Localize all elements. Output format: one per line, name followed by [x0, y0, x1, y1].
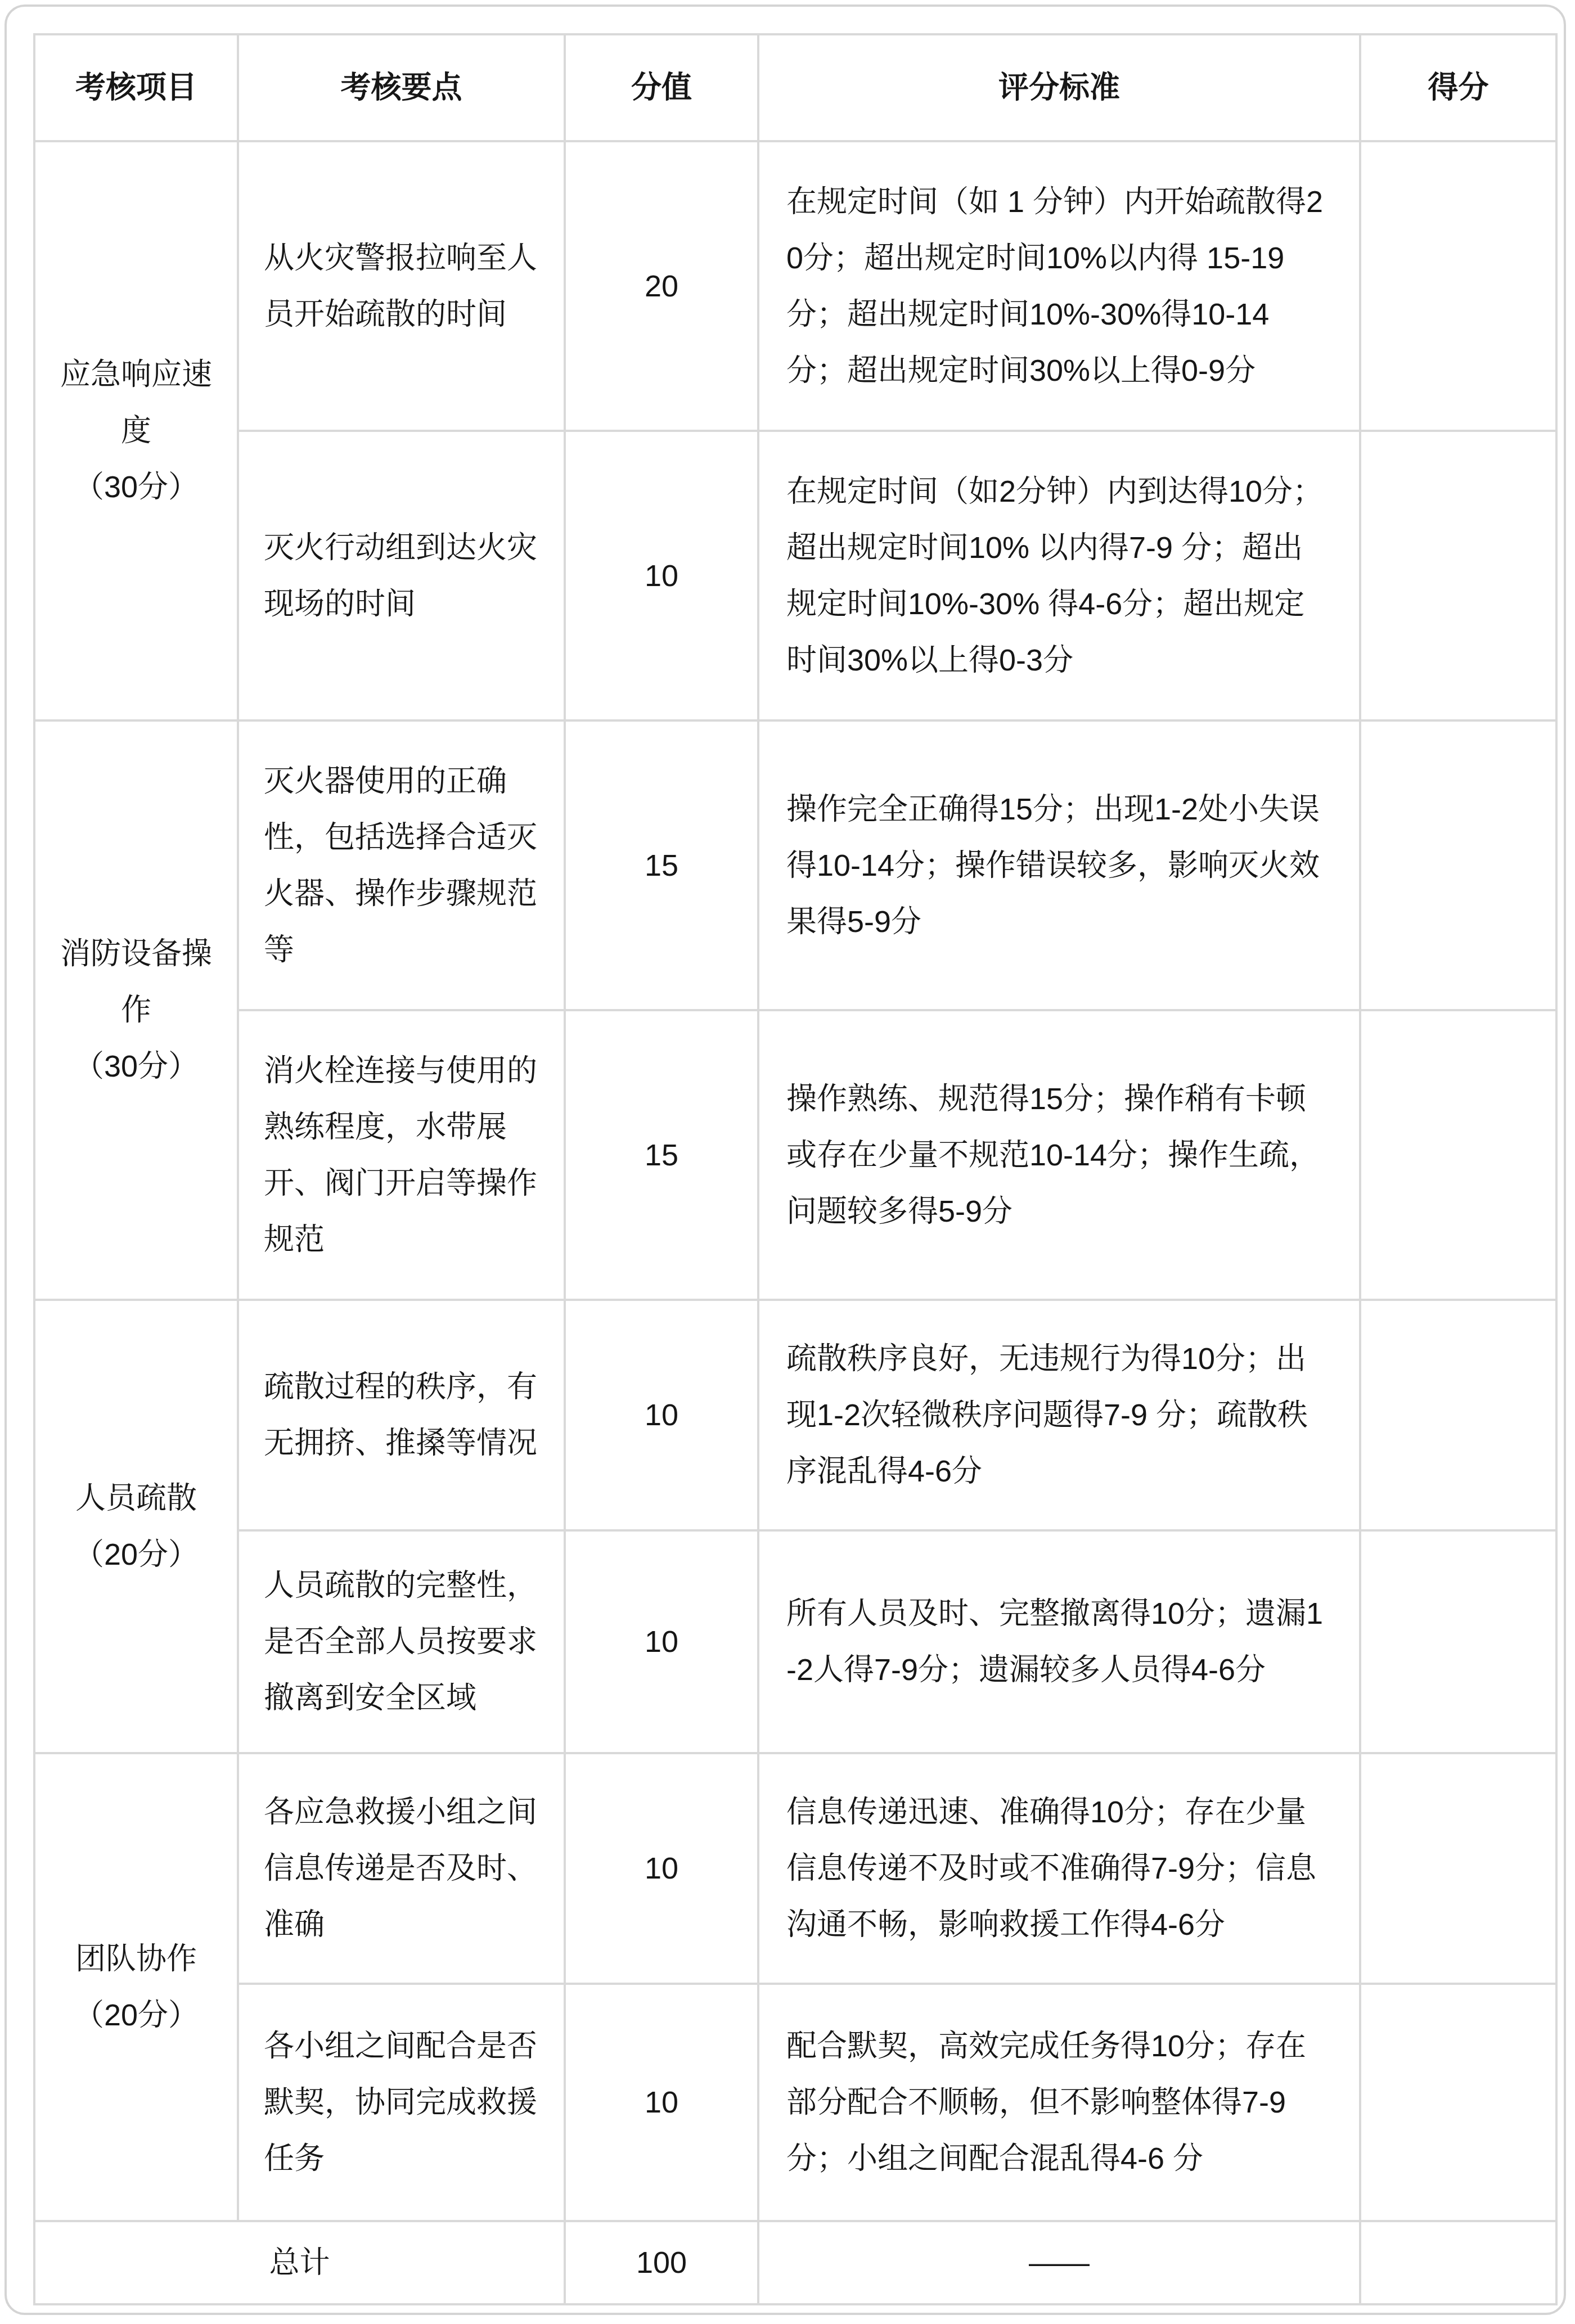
- point-cell: 各小组之间配合是否默契，协同完成救援任务: [238, 1984, 565, 2221]
- score-cell: [1360, 1530, 1556, 1753]
- value-cell: 10: [565, 1753, 758, 1984]
- criteria-cell: 疏散秩序良好，无违规行为得10分；出现1-2次轻微秩序问题得7-9 分；疏散秩序…: [758, 1300, 1360, 1530]
- group-weight: （30分）: [58, 459, 214, 515]
- criteria-cell: 操作熟练、规范得15分；操作稍有卡顿或存在少量不规范10-14分；操作生疏，问题…: [758, 1010, 1360, 1300]
- score-cell: [1360, 141, 1556, 431]
- value-cell: 15: [565, 1010, 758, 1300]
- value-cell: 15: [565, 720, 758, 1010]
- col-header-assessment-item: 考核项目: [34, 34, 238, 141]
- group-name: 消防设备操作: [58, 926, 214, 1038]
- value-cell: 10: [565, 1300, 758, 1530]
- group-weight: （20分）: [58, 1987, 214, 2043]
- value-cell: 10: [565, 431, 758, 720]
- value-cell: 10: [565, 1984, 758, 2221]
- group-weight: （20分）: [58, 1526, 214, 1583]
- table-row: 消防设备操作 （30分） 灭火器使用的正确性，包括选择合适灭火器、操作步骤规范等…: [34, 720, 1556, 1010]
- criteria-cell: 配合默契，高效完成任务得10分；存在部分配合不顺畅，但不影响整体得7-9分；小组…: [758, 1984, 1360, 2221]
- table-row: 消火栓连接与使用的熟练程度，水带展开、阀门开启等操作规范 15 操作熟练、规范得…: [34, 1010, 1556, 1300]
- group-name: 人员疏散: [58, 1470, 214, 1526]
- col-header-scoring-criteria: 评分标准: [758, 34, 1360, 141]
- col-header-score-value: 分值: [565, 34, 758, 141]
- point-cell: 疏散过程的秩序，有无拥挤、推搡等情况: [238, 1300, 565, 1530]
- point-cell: 消火栓连接与使用的熟练程度，水带展开、阀门开启等操作规范: [238, 1010, 565, 1300]
- point-cell: 灭火器使用的正确性，包括选择合适灭火器、操作步骤规范等: [238, 720, 565, 1010]
- table-row: 灭火行动组到达火灾现场的时间 10 在规定时间（如2分钟）内到达得10分；超出规…: [34, 431, 1556, 720]
- point-cell: 各应急救援小组之间信息传递是否及时、准确: [238, 1753, 565, 1984]
- criteria-cell: 在规定时间（如 1 分钟）内开始疏散得20分；超出规定时间10%以内得 15-1…: [758, 141, 1360, 431]
- document-card: 考核项目 考核要点 分值 评分标准 得分 应急响应速度 （30分） 从火灾警报拉…: [4, 4, 1566, 2315]
- group-name: 团队协作: [58, 1931, 214, 1987]
- fire-drill-assessment-table: 考核项目 考核要点 分值 评分标准 得分 应急响应速度 （30分） 从火灾警报拉…: [33, 33, 1558, 2305]
- header-row: 考核项目 考核要点 分值 评分标准 得分: [34, 34, 1556, 141]
- score-cell: [1360, 1984, 1556, 2221]
- score-cell: [1360, 1753, 1556, 1984]
- score-cell: [1360, 431, 1556, 720]
- score-cell: [1360, 1300, 1556, 1530]
- criteria-cell: 在规定时间（如2分钟）内到达得10分；超出规定时间10% 以内得7-9 分；超出…: [758, 431, 1360, 720]
- total-label-cell: 总计: [34, 2221, 565, 2304]
- group-cell-personnel-evacuation: 人员疏散 （20分）: [34, 1300, 238, 1753]
- value-cell: 20: [565, 141, 758, 431]
- group-cell-fire-equipment-operation: 消防设备操作 （30分）: [34, 720, 238, 1300]
- group-cell-emergency-response: 应急响应速度 （30分）: [34, 141, 238, 720]
- table-row: 团队协作 （20分） 各应急救援小组之间信息传递是否及时、准确 10 信息传递迅…: [34, 1753, 1556, 1984]
- col-header-assessment-points: 考核要点: [238, 34, 565, 141]
- score-cell: [1360, 1010, 1556, 1300]
- score-cell: [1360, 720, 1556, 1010]
- criteria-cell: 所有人员及时、完整撤离得10分；遗漏1-2人得7-9分；遗漏较多人员得4-6分: [758, 1530, 1360, 1753]
- total-criteria-cell: ——: [758, 2221, 1360, 2304]
- value-cell: 10: [565, 1530, 758, 1753]
- total-row: 总计 100 ——: [34, 2221, 1556, 2304]
- table-row: 人员疏散 （20分） 疏散过程的秩序，有无拥挤、推搡等情况 10 疏散秩序良好，…: [34, 1300, 1556, 1530]
- group-cell-team-collaboration: 团队协作 （20分）: [34, 1753, 238, 2221]
- criteria-cell: 操作完全正确得15分；出现1-2处小失误得10-14分；操作错误较多，影响灭火效…: [758, 720, 1360, 1010]
- point-cell: 人员疏散的完整性，是否全部人员按要求撤离到安全区域: [238, 1530, 565, 1753]
- group-weight: （30分）: [58, 1038, 214, 1095]
- total-value-cell: 100: [565, 2221, 758, 2304]
- table-row: 应急响应速度 （30分） 从火灾警报拉响至人员开始疏散的时间 20 在规定时间（…: [34, 141, 1556, 431]
- point-cell: 从火灾警报拉响至人员开始疏散的时间: [238, 141, 565, 431]
- table-row: 人员疏散的完整性，是否全部人员按要求撤离到安全区域 10 所有人员及时、完整撤离…: [34, 1530, 1556, 1753]
- table-row: 各小组之间配合是否默契，协同完成救援任务 10 配合默契，高效完成任务得10分；…: [34, 1984, 1556, 2221]
- col-header-score: 得分: [1360, 34, 1556, 141]
- criteria-cell: 信息传递迅速、准确得10分；存在少量信息传递不及时或不准确得7-9分；信息沟通不…: [758, 1753, 1360, 1984]
- group-name: 应急响应速度: [58, 346, 214, 459]
- point-cell: 灭火行动组到达火灾现场的时间: [238, 431, 565, 720]
- total-score-cell: [1360, 2221, 1556, 2304]
